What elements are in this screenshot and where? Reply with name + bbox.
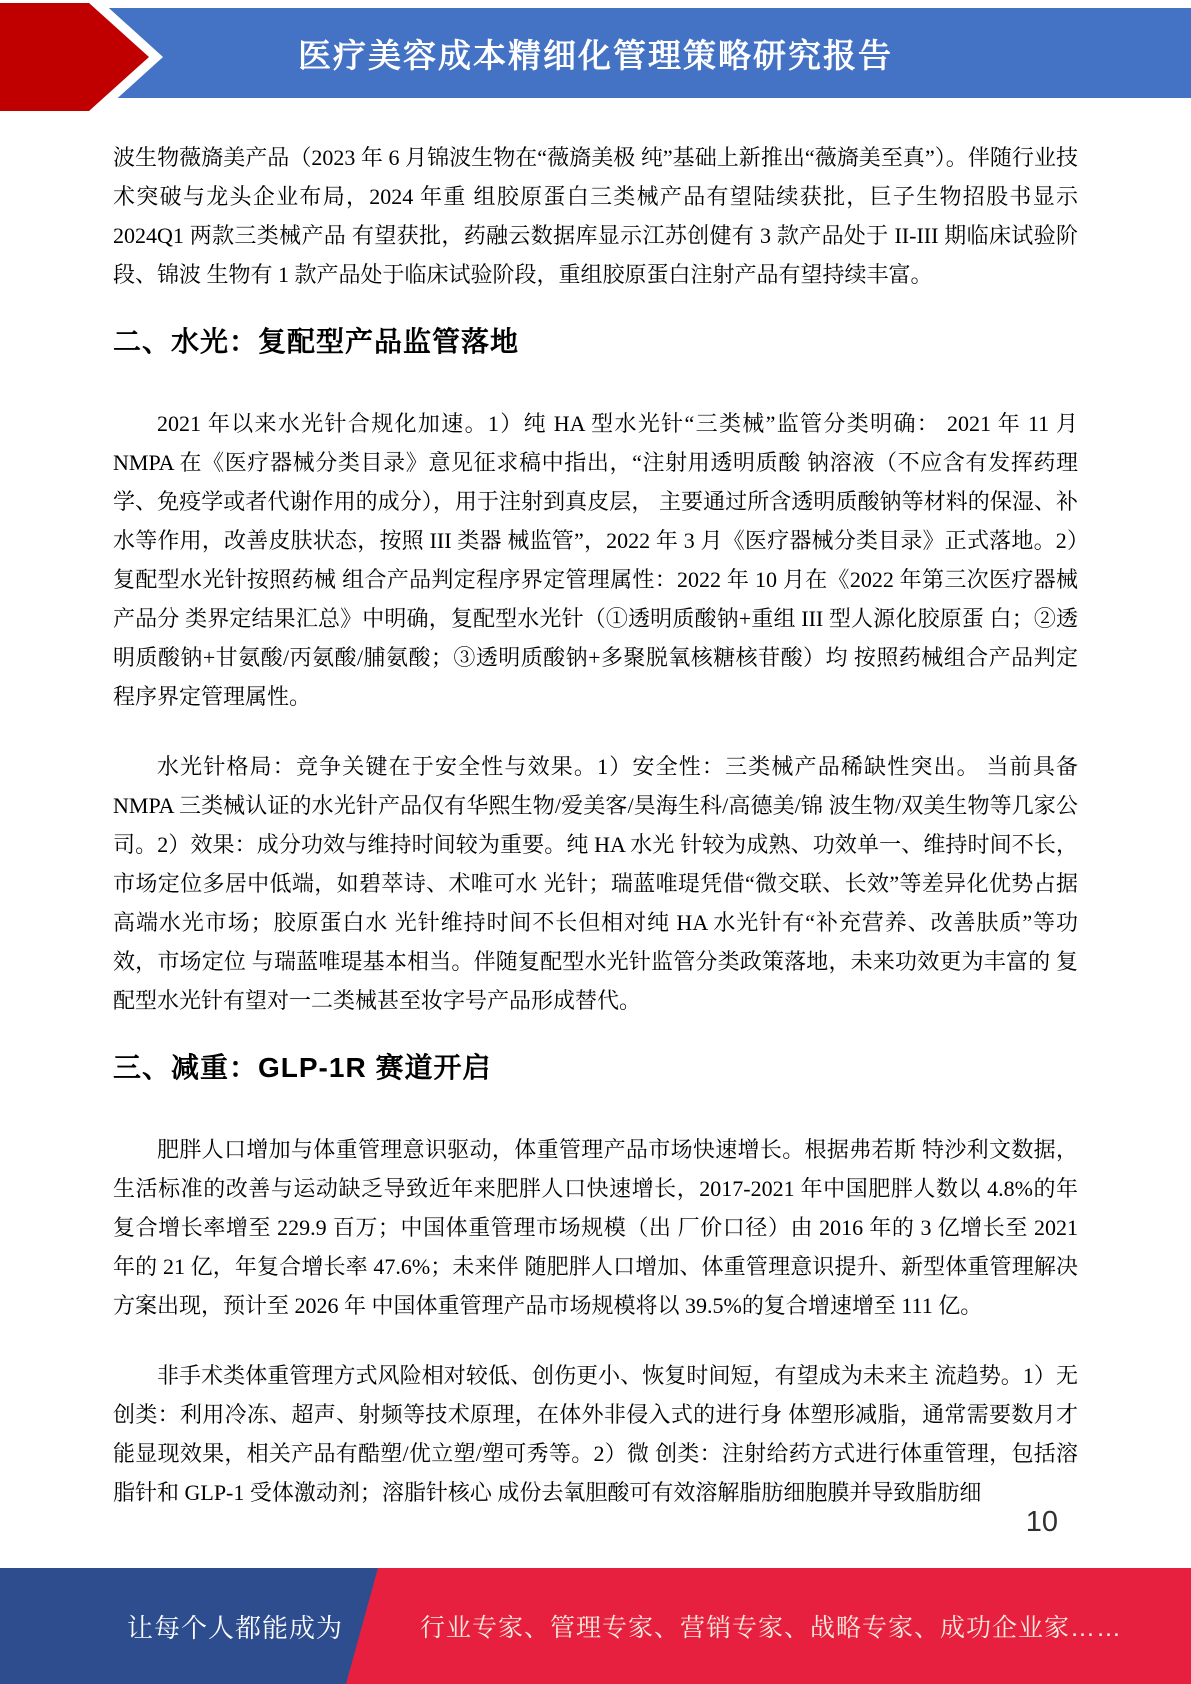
body-paragraph: 波生物薇旖美产品（2023 年 6 月锦波生物在“薇旖美极 纯”基础上新推出“薇… [113, 138, 1078, 294]
header-banner: 医疗美容成本精细化管理策略研究报告 [0, 0, 1191, 114]
footer-banner: 让每个人都能成为 行业专家、管理专家、营销专家、战略专家、成功企业家…… [0, 1568, 1191, 1684]
body-paragraph: 水光针格局：竞争关键在于安全性与效果。1）安全性：三类械产品稀缺性突出。 当前具… [113, 747, 1078, 1020]
document-page: 医疗美容成本精细化管理策略研究报告 波生物薇旖美产品（2023 年 6 月锦波生… [0, 0, 1191, 1684]
section-heading-jianzhong: 三、减重：GLP-1R 赛道开启 [113, 1051, 1078, 1085]
footer-slogan-right: 行业专家、管理专家、营销专家、战略专家、成功企业家…… [420, 1568, 1161, 1684]
document-body: 波生物薇旖美产品（2023 年 6 月锦波生物在“薇旖美极 纯”基础上新推出“薇… [113, 138, 1078, 1543]
footer-slogan-left: 让每个人都能成为 [0, 1568, 343, 1684]
report-title: 医疗美容成本精细化管理策略研究报告 [0, 8, 1191, 98]
body-paragraph: 非手术类体重管理方式风险相对较低、创伤更小、恢复时间短，有望成为未来主 流趋势。… [113, 1356, 1078, 1512]
page-number: 10 [1026, 1506, 1058, 1539]
body-paragraph: 肥胖人口增加与体重管理意识驱动，体重管理产品市场快速增长。根据弗若斯 特沙利文数… [113, 1130, 1078, 1325]
section-heading-shuiguang: 二、水光：复配型产品监管落地 [113, 325, 1078, 359]
body-paragraph: 2021 年以来水光针合规化加速。1）纯 HA 型水光针“三类械”监管分类明确：… [113, 404, 1078, 716]
